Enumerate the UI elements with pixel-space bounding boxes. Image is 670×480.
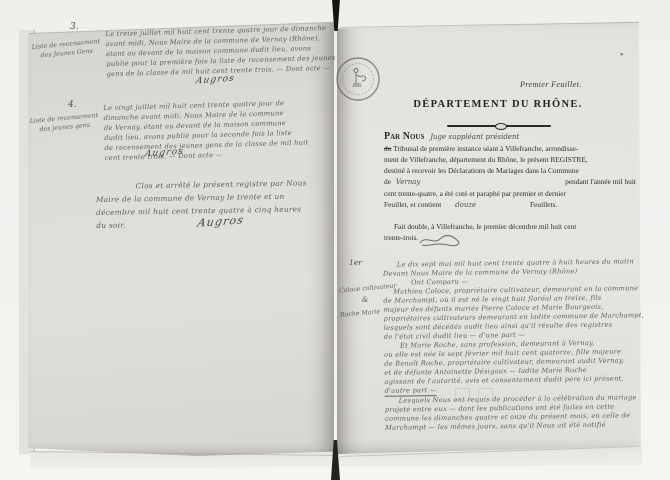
struck-word: du: [384, 144, 391, 153]
entry4-number: 4.: [68, 100, 77, 110]
printed-line: Fait double, à Villefranche, le premier …: [384, 221, 636, 232]
printed-word: de: [384, 177, 391, 186]
register-scan: 3. Liste de recensement des Jeunes Gens …: [0, 0, 670, 480]
entry4-body: Le vingt juillet mil huit cent trente qu…: [103, 97, 331, 163]
faded-mark: [478, 388, 493, 401]
act-body: Le dix sept mai mil huit cent trente qua…: [383, 257, 643, 433]
printed-line: cent trente-quatre, a été coté et paraph…: [384, 188, 636, 199]
department-heading: DÉPARTEMENT DU RHÔNE.: [398, 99, 598, 110]
entry3-number: 3.: [70, 22, 79, 32]
act-number: 1er: [349, 258, 362, 267]
revenue-stamp-icon: [335, 56, 381, 107]
entry3-body: Le treize juillet mil huit cent trente q…: [105, 23, 330, 79]
printed-line: ment de Villefranche, département du Rhô…: [384, 154, 636, 165]
handwritten-count: douze: [455, 201, 476, 209]
left-page: [28, 20, 334, 456]
signature-flourish-icon: [418, 233, 464, 254]
register-printed-text: Par Nous Juge suppléant président du Tri…: [384, 131, 636, 243]
footnote-mark: *: [620, 52, 624, 60]
heading-rule: [447, 125, 551, 127]
printed-fragment: Feuillets.: [530, 200, 557, 209]
printed-fragment: pendant l'année mil huit: [565, 176, 636, 188]
feuillet-label: Premier Feuillet.: [520, 80, 582, 89]
handwritten-insert: Juge suppléant président: [430, 133, 519, 141]
printed-fragment: Feuillet, et contient: [384, 200, 441, 209]
handwritten-commune: Vernay: [396, 178, 421, 186]
printed-line: destiné à recevoir les Déclarations de M…: [384, 165, 636, 176]
faded-mark: [455, 388, 470, 401]
par-nous-label: Par Nous: [384, 131, 424, 142]
printed-line: Tribunal de première instance séant à Vi…: [393, 144, 578, 153]
act-margin-ampersand: &: [362, 296, 368, 304]
rule-ornament: [495, 123, 507, 130]
